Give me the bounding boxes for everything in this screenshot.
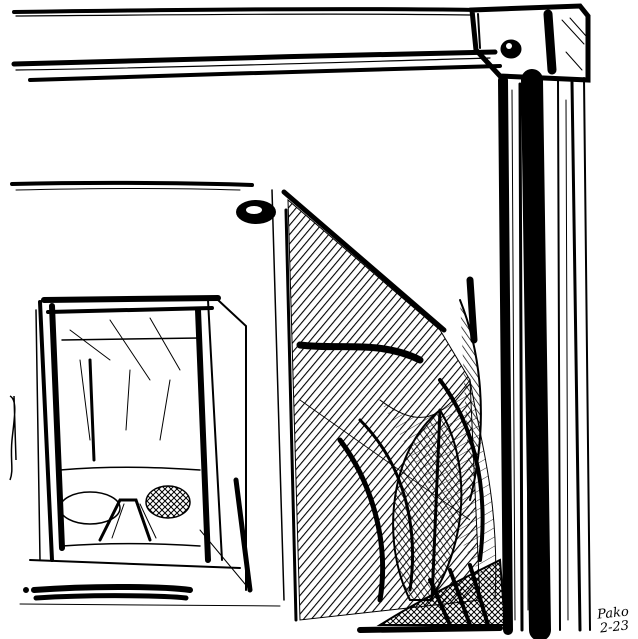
post-bracket: [472, 6, 588, 80]
wall-switch-squiggle: [10, 396, 16, 480]
ceiling-beam: [14, 9, 500, 80]
wooden-post: [503, 78, 590, 630]
artist-signature: Pako 2-23: [597, 605, 631, 636]
sketch-canvas: Pako 2-23: [0, 0, 638, 639]
sketch-drawing: [0, 0, 638, 639]
doorway-view: [60, 318, 200, 546]
low-bench: [20, 587, 280, 606]
wall-light-fixture: [236, 200, 276, 224]
